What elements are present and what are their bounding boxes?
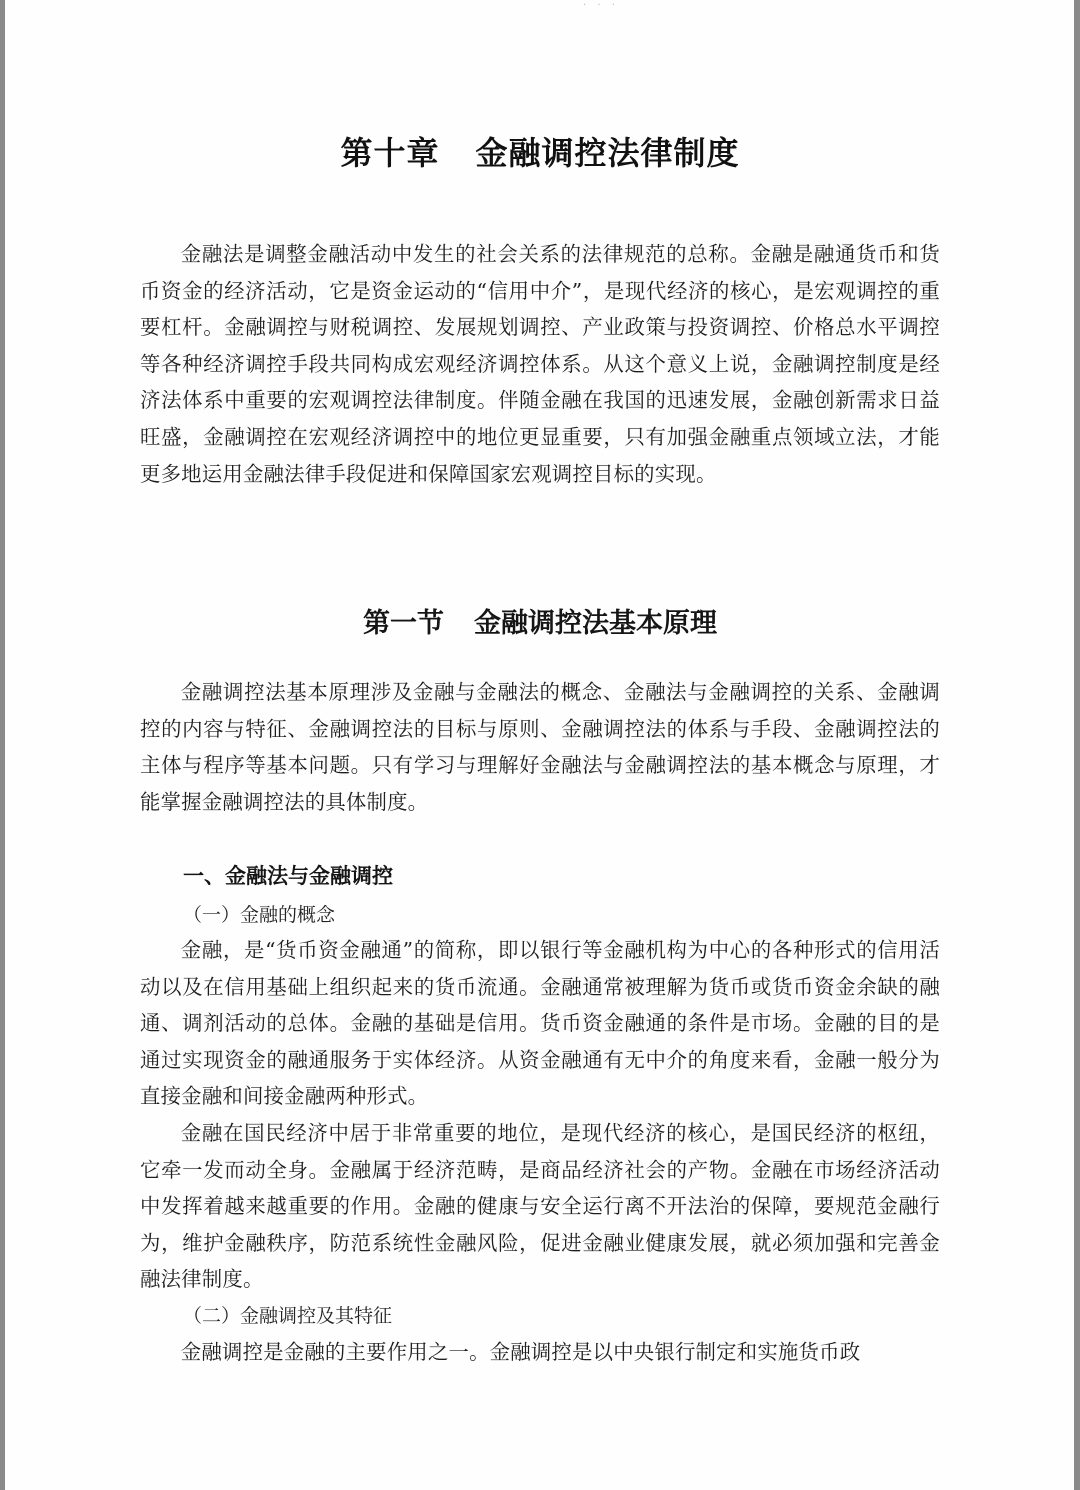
section-intro-paragraph: 金融调控法基本原理涉及金融与金融法的概念、金融法与金融调控的关系、金融调控的内容… bbox=[140, 674, 940, 820]
section-name: 金融调控法基本原理 bbox=[474, 608, 717, 639]
section-number: 第一节 bbox=[363, 608, 444, 639]
item-heading-2: （二）金融调控及其特征 bbox=[183, 1301, 392, 1328]
item-2-body: 金融调控是金融的主要作用之一。金融调控是以中央银行制定和实施货币政 bbox=[140, 1334, 940, 1371]
chapter-number: 第十章 bbox=[340, 134, 439, 172]
chapter-title: 第十章金融调控法律制度 bbox=[0, 128, 1080, 174]
item-1-body: 金融，是“货币资金融通”的简称，即以银行等金融机构为中心的各种形式的信用活动以及… bbox=[140, 932, 940, 1298]
chapter-name: 金融调控法律制度 bbox=[476, 134, 740, 172]
item-heading-1: （一）金融的概念 bbox=[183, 900, 335, 927]
item-2-paragraph-1: 金融调控是金融的主要作用之一。金融调控是以中央银行制定和实施货币政 bbox=[140, 1334, 940, 1371]
section-intro: 金融调控法基本原理涉及金融与金融法的概念、金融法与金融调控的关系、金融调控的内容… bbox=[140, 674, 940, 820]
scan-edge-right bbox=[1074, 0, 1080, 1490]
scan-artifact: · · · bbox=[583, 0, 619, 11]
subsection-heading: 一、金融法与金融调控 bbox=[183, 860, 393, 890]
item-1-paragraph-2: 金融在国民经济中居于非常重要的地位，是现代经济的核心，是国民经济的枢纽，它牵一发… bbox=[140, 1115, 940, 1298]
item-1-paragraph-1: 金融，是“货币资金融通”的简称，即以银行等金融机构为中心的各种形式的信用活动以及… bbox=[140, 932, 940, 1115]
chapter-intro: 金融法是调整金融活动中发生的社会关系的法律规范的总称。金融是融通货币和货币资金的… bbox=[140, 236, 940, 492]
section-title: 第一节金融调控法基本原理 bbox=[0, 601, 1080, 640]
chapter-intro-paragraph: 金融法是调整金融活动中发生的社会关系的法律规范的总称。金融是融通货币和货币资金的… bbox=[140, 236, 940, 492]
